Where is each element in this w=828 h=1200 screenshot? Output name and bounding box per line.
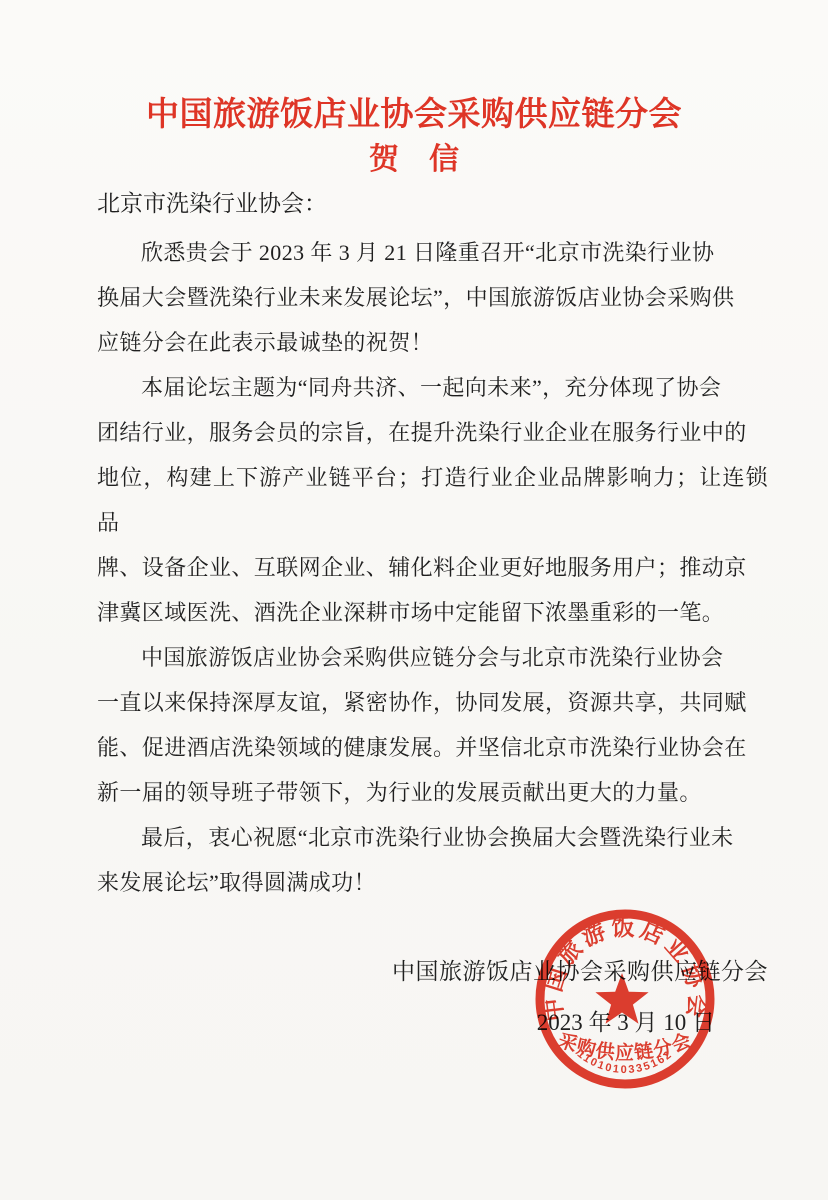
doc-type-title: 贺 信	[0, 140, 828, 180]
paragraph-4: 最后，衷心祝愿“北京市洗染行业协会换届大会暨洗染行业未 来发展论坛”取得圆满成功…	[97, 815, 768, 905]
official-seal: 中国旅游饭店业协会 采购供应链分会 1101010335162	[533, 907, 717, 1091]
salutation: 北京市洗染行业协会：	[97, 186, 768, 222]
paragraph-3: 中国旅游饭店业协会采购供应链分会与北京市洗染行业协会 一直以来保持深厚友谊，紧密…	[97, 635, 768, 815]
official-seal-graphic: 中国旅游饭店业协会 采购供应链分会 1101010335162	[533, 907, 717, 1091]
letter-header: 中国旅游饭店业协会采购供应链分会 贺 信	[0, 0, 828, 180]
seal-branch-text: 采购供应链分会	[555, 1028, 695, 1064]
letter-page: 中国旅游饭店业协会采购供应链分会 贺 信 北京市洗染行业协会： 欣悉贵会于 20…	[0, 0, 828, 1200]
paragraph-1: 欣悉贵会于 2023 年 3 月 21 日隆重召开“北京市洗染行业协 换届大会暨…	[97, 230, 768, 365]
page-title: 中国旅游饭店业协会采购供应链分会	[0, 94, 828, 136]
star-icon	[595, 973, 648, 1024]
letter-body: 北京市洗染行业协会： 欣悉贵会于 2023 年 3 月 21 日隆重召开“北京市…	[0, 186, 828, 905]
paragraph-2: 本届论坛主题为“同舟共济、一起向未来”，充分体现了协会 团结行业，服务会员的宗旨…	[97, 365, 768, 635]
